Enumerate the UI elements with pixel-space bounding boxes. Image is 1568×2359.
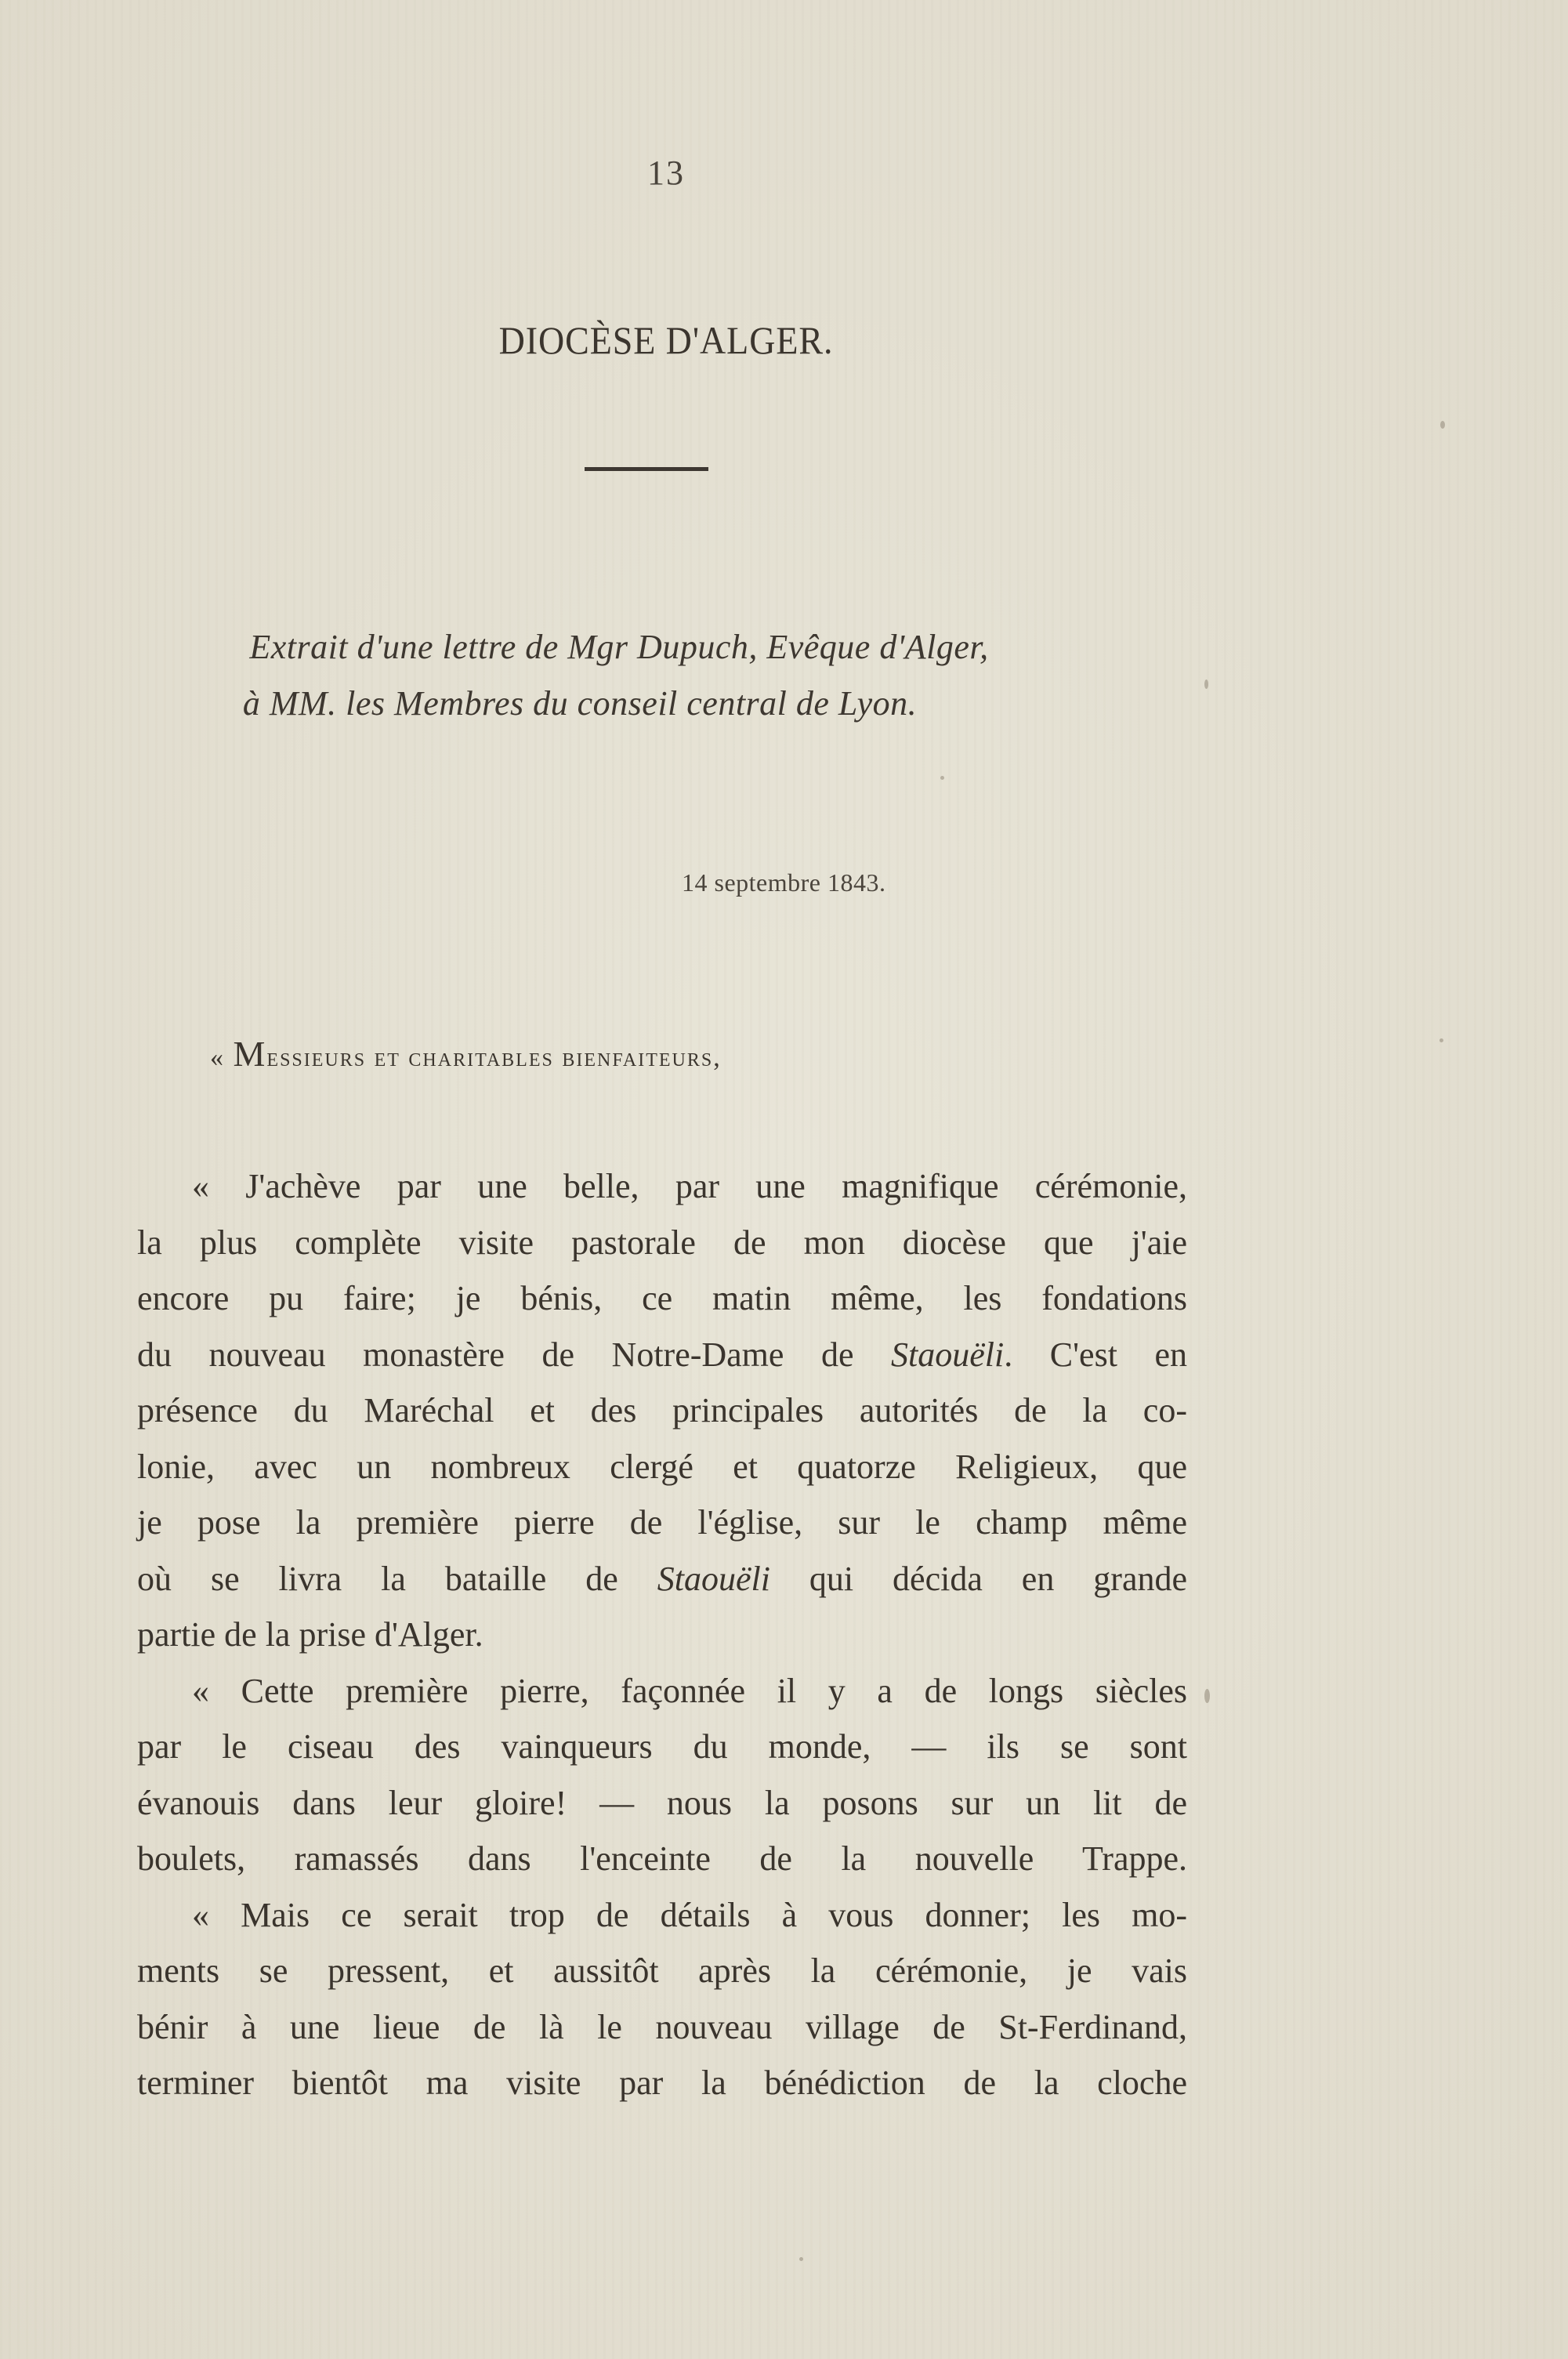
paper-speck: [1204, 679, 1208, 689]
salutation-initial: M: [234, 1034, 267, 1074]
body-line: terminer bientôt ma visite par la bénédi…: [137, 2055, 1187, 2111]
body-line: du nouveau monastère de Notre-Dame de St…: [137, 1327, 1187, 1383]
body-line-text: où se livra la bataille de: [137, 1560, 657, 1598]
body-line: la plus complète visite pastorale de mon…: [137, 1215, 1187, 1271]
title-divider: [585, 467, 708, 471]
salutation-text: essieurs et charitables bienfaiteurs,: [266, 1043, 721, 1072]
place-name-italic: Staouëli: [891, 1335, 1004, 1374]
body-line: partie de la prise d'Alger.: [137, 1607, 1187, 1663]
body-line: ments se pressent, et aussitôt après la …: [137, 1943, 1187, 1999]
body-line: encore pu faire; je bénis, ce matin même…: [137, 1270, 1187, 1327]
body-line: je pose la première pierre de l'église, …: [137, 1495, 1187, 1551]
paper-speck: [1439, 1038, 1443, 1042]
salutation-quote: «: [210, 1043, 225, 1072]
body-line: bénir à une lieue de là le nouveau villa…: [137, 1999, 1187, 2056]
body-line: évanouis dans leur gloire! — nous la pos…: [137, 1775, 1187, 1832]
paper-speck: [1440, 421, 1445, 429]
body-line: « J'achève par une belle, par une magnif…: [137, 1158, 1187, 1215]
subtitle-line-2: à MM. les Membres du conseil central de …: [16, 683, 1144, 723]
body-line-text: du nouveau monastère de Notre-Dame de: [137, 1335, 891, 1374]
body-line: par le ciseau des vainqueurs du monde, —…: [137, 1719, 1187, 1775]
salutation: « Messieurs et charitables bienfaiteurs,: [210, 1033, 722, 1074]
body-line-text: . C'est en: [1004, 1335, 1187, 1374]
place-name-italic: Staouëli: [657, 1560, 770, 1598]
letter-date: 14 septembre 1843.: [682, 868, 886, 897]
page-number: 13: [0, 153, 1332, 193]
body-line-text: qui décida en grande: [770, 1560, 1187, 1598]
body-line: « Cette première pierre, façonnée il y a…: [137, 1663, 1187, 1719]
paper-speck: [799, 2257, 803, 2261]
body-line: où se livra la bataille de Staouëli qui …: [137, 1551, 1187, 1607]
body-line: « Mais ce serait trop de détails à vous …: [137, 1887, 1187, 1944]
body-line: lonie, avec un nombreux clergé et quator…: [137, 1439, 1187, 1495]
body-line: présence du Maréchal et des principales …: [137, 1382, 1187, 1439]
paper-speck: [940, 776, 944, 780]
book-page: 13 DIOCÈSE D'ALGER. Extrait d'une lettre…: [0, 0, 1568, 2359]
paper-speck: [1204, 1689, 1210, 1703]
subtitle-line-1: Extrait d'une lettre de Mgr Dupuch, Evêq…: [31, 627, 1207, 667]
body-line: boulets, ramassés dans l'enceinte de la …: [137, 1831, 1187, 1887]
page-title: DIOCÈSE D'ALGER.: [53, 317, 1279, 363]
letter-body: « J'achève par une belle, par une magnif…: [137, 1158, 1187, 2111]
